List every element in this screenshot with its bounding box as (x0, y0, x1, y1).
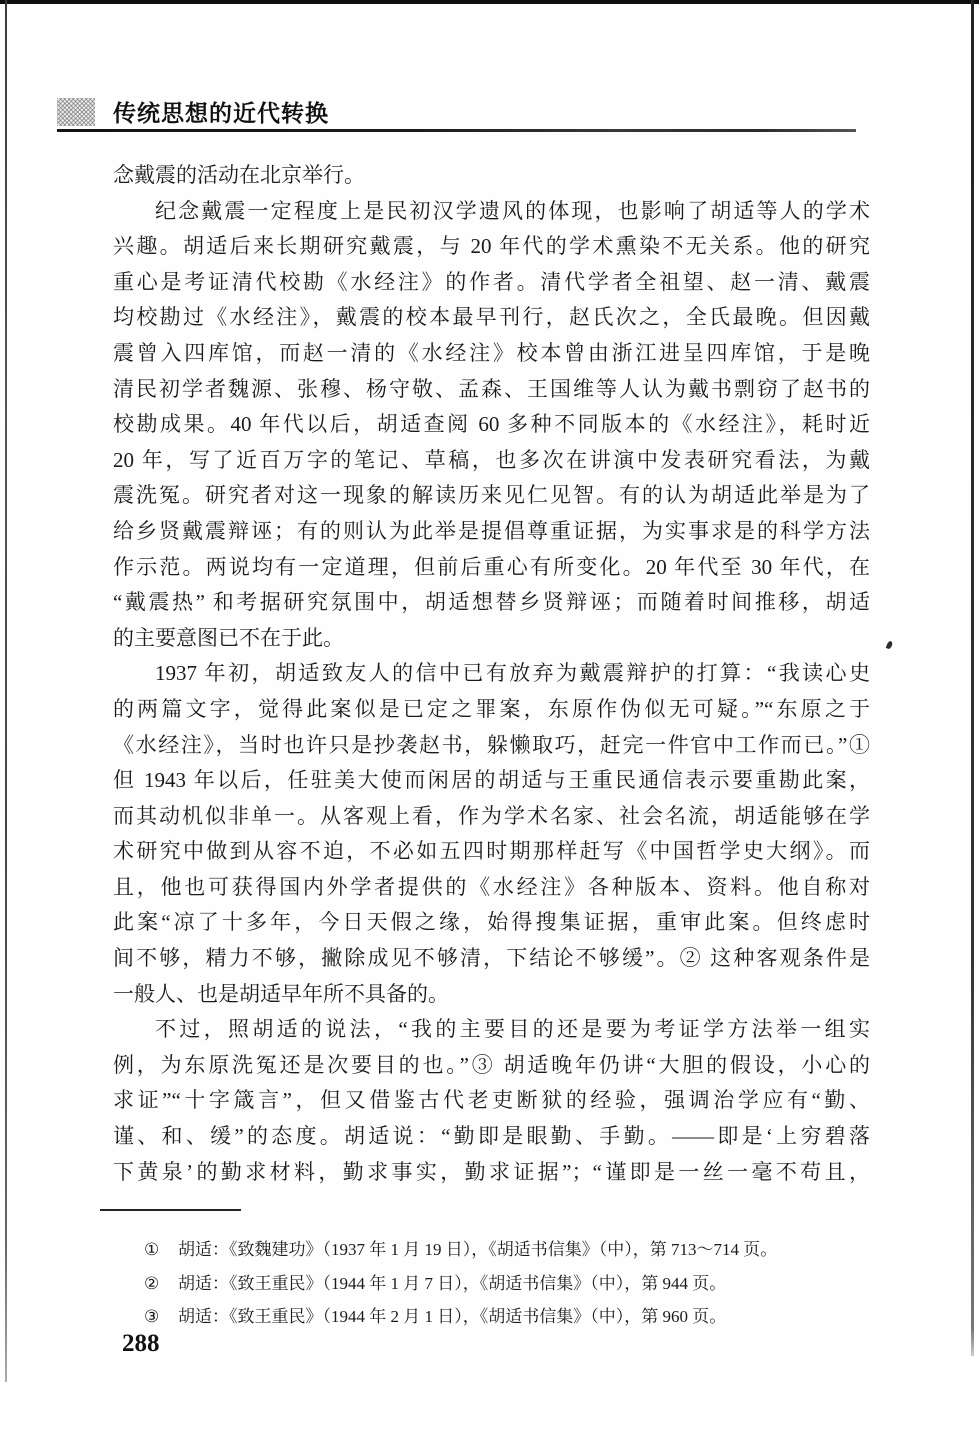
body-line: 的主要意图已不在于此。 (113, 621, 870, 657)
body-line: 校勘成果。40 年代以后，胡适查阅 60 多种不同版本的《水经注》，耗时近 (113, 407, 870, 443)
body-text: 念戴震的活动在北京举行。 纪念戴震一定程度上是民初汉学遗风的体现，也影响了胡适等… (113, 158, 870, 1190)
page-number: 288 (122, 1330, 160, 1358)
footnote: ② 胡适：《致王重民》（1944 年 1 月 7 日），《胡适书信集》（中），第… (144, 1267, 854, 1301)
footnote-marker: ③ (144, 1300, 178, 1334)
scan-edge-left (5, 0, 7, 1382)
body-line: 下黄泉’的勤求材料，勤求事实，勤求证据”；“谨即是一丝一毫不苟且， (113, 1155, 870, 1191)
footnote: ① 胡适：《致魏建功》（1937 年 1 月 19 日），《胡适书信集》（中），… (144, 1233, 854, 1267)
body-line: 作示范。两说均有一定道理，但前后重心有所变化。20 年代至 30 年代，在 (113, 550, 870, 586)
footnotes: ① 胡适：《致魏建功》（1937 年 1 月 19 日），《胡适书信集》（中），… (144, 1233, 854, 1334)
footnote-marker: ① (144, 1233, 178, 1267)
footnote: ③ 胡适：《致王重民》（1944 年 2 月 1 日），《胡适书信集》（中），第… (144, 1300, 854, 1334)
chapter-marker-icon (57, 98, 95, 126)
body-line: 震洗冤。研究者对这一现象的解读历来见仁见智。有的认为胡适此举是为了 (113, 478, 870, 514)
running-header-title: 传统思想的近代转换 (113, 95, 329, 128)
footnote-text: 胡适：《致王重民》（1944 年 2 月 1 日），《胡适书信集》（中），第 9… (178, 1300, 854, 1334)
body-line: 念戴震的活动在北京举行。 (113, 158, 870, 194)
scan-edge-top (0, 0, 979, 4)
body-line: 此案“凉了十多年，今日天假之缘，始得搜集证据，重审此案。但终虑时 (113, 905, 870, 941)
body-line: 谨、和、缓”的态度。胡适说：“勤即是眼勤、手勤。——即是‘上穷碧落 (113, 1119, 870, 1155)
ink-speck (886, 640, 894, 649)
body-line: 一般人、也是胡适早年所不具备的。 (113, 977, 870, 1013)
body-line: 给乡贤戴震辩诬；有的则认为此举是提倡尊重证据，为实事求是的科学方法 (113, 514, 870, 550)
header-rule (57, 129, 856, 132)
body-line: 例，为东原洗冤还是次要目的也。”③ 胡适晚年仍讲“大胆的假设，小心的 (113, 1048, 870, 1084)
footnote-marker: ② (144, 1267, 178, 1301)
body-line: 纪念戴震一定程度上是民初汉学遗风的体现，也影响了胡适等人的学术 (113, 194, 870, 230)
body-line: 不过，照胡适的说法，“我的主要目的还是要为考证学方法举一组实 (113, 1012, 870, 1048)
scan-edge-right (971, 0, 974, 1356)
body-line: 求证”“十字箴言”，但又借鉴古代老吏断狱的经验，强调治学应有“勤、 (113, 1083, 870, 1119)
body-line: 而其动机似非单一。从客观上看，作为学术名家、社会名流，胡适能够在学 (113, 799, 870, 835)
body-line: 且，他也可获得国内外学者提供的《水经注》各种版本、资料。他自称对 (113, 870, 870, 906)
book-page: 传统思想的近代转换 念戴震的活动在北京举行。 纪念戴震一定程度上是民初汉学遗风的… (0, 0, 979, 1439)
body-line: “戴震热” 和考据研究氛围中，胡适想替乡贤辩诬；而随着时间推移，胡适 (113, 585, 870, 621)
body-line: 术研究中做到从容不迫，不必如五四时期那样赶写《中国哲学史大纲》。而 (113, 834, 870, 870)
body-line: 均校勘过《水经注》，戴震的校本最早刊行，赵氏次之，全氏最晚。但因戴 (113, 300, 870, 336)
body-line: 的两篇文字，觉得此案似是已定之罪案，东原作伪似无可疑。”“东原之于 (113, 692, 870, 728)
footnote-separator (100, 1209, 241, 1211)
body-line: 间不够，精力不够，撇除成见不够清，下结论不够缓”。② 这种客观条件是 (113, 941, 870, 977)
body-line: 20 年，写了近百万字的笔记、草稿，也多次在讲演中发表研究看法，为戴 (113, 443, 870, 479)
body-line: 清民初学者魏源、张穆、杨守敬、孟森、王国维等人认为戴书剽窃了赵书的 (113, 372, 870, 408)
body-line: 重心是考证清代校勘《水经注》的作者。清代学者全祖望、赵一清、戴震 (113, 265, 870, 301)
footnote-text: 胡适：《致王重民》（1944 年 1 月 7 日），《胡适书信集》（中），第 9… (178, 1267, 854, 1301)
body-line: 《水经注》，当时也许只是抄袭赵书，躲懒取巧，赶完一件官中工作而已。”① (113, 728, 870, 764)
body-line: 兴趣。胡适后来长期研究戴震，与 20 年代的学术熏染不无关系。他的研究 (113, 229, 870, 265)
body-line: 但 1943 年以后，任驻美大使而闲居的胡适与王重民通信表示要重勘此案， (113, 763, 870, 799)
body-line: 1937 年初，胡适致友人的信中已有放弃为戴震辩护的打算：“我读心史 (113, 656, 870, 692)
body-line: 震曾入四库馆，而赵一清的《水经注》校本曾由浙江进呈四库馆，于是晚 (113, 336, 870, 372)
footnote-text: 胡适：《致魏建功》（1937 年 1 月 19 日），《胡适书信集》（中），第 … (178, 1233, 854, 1267)
